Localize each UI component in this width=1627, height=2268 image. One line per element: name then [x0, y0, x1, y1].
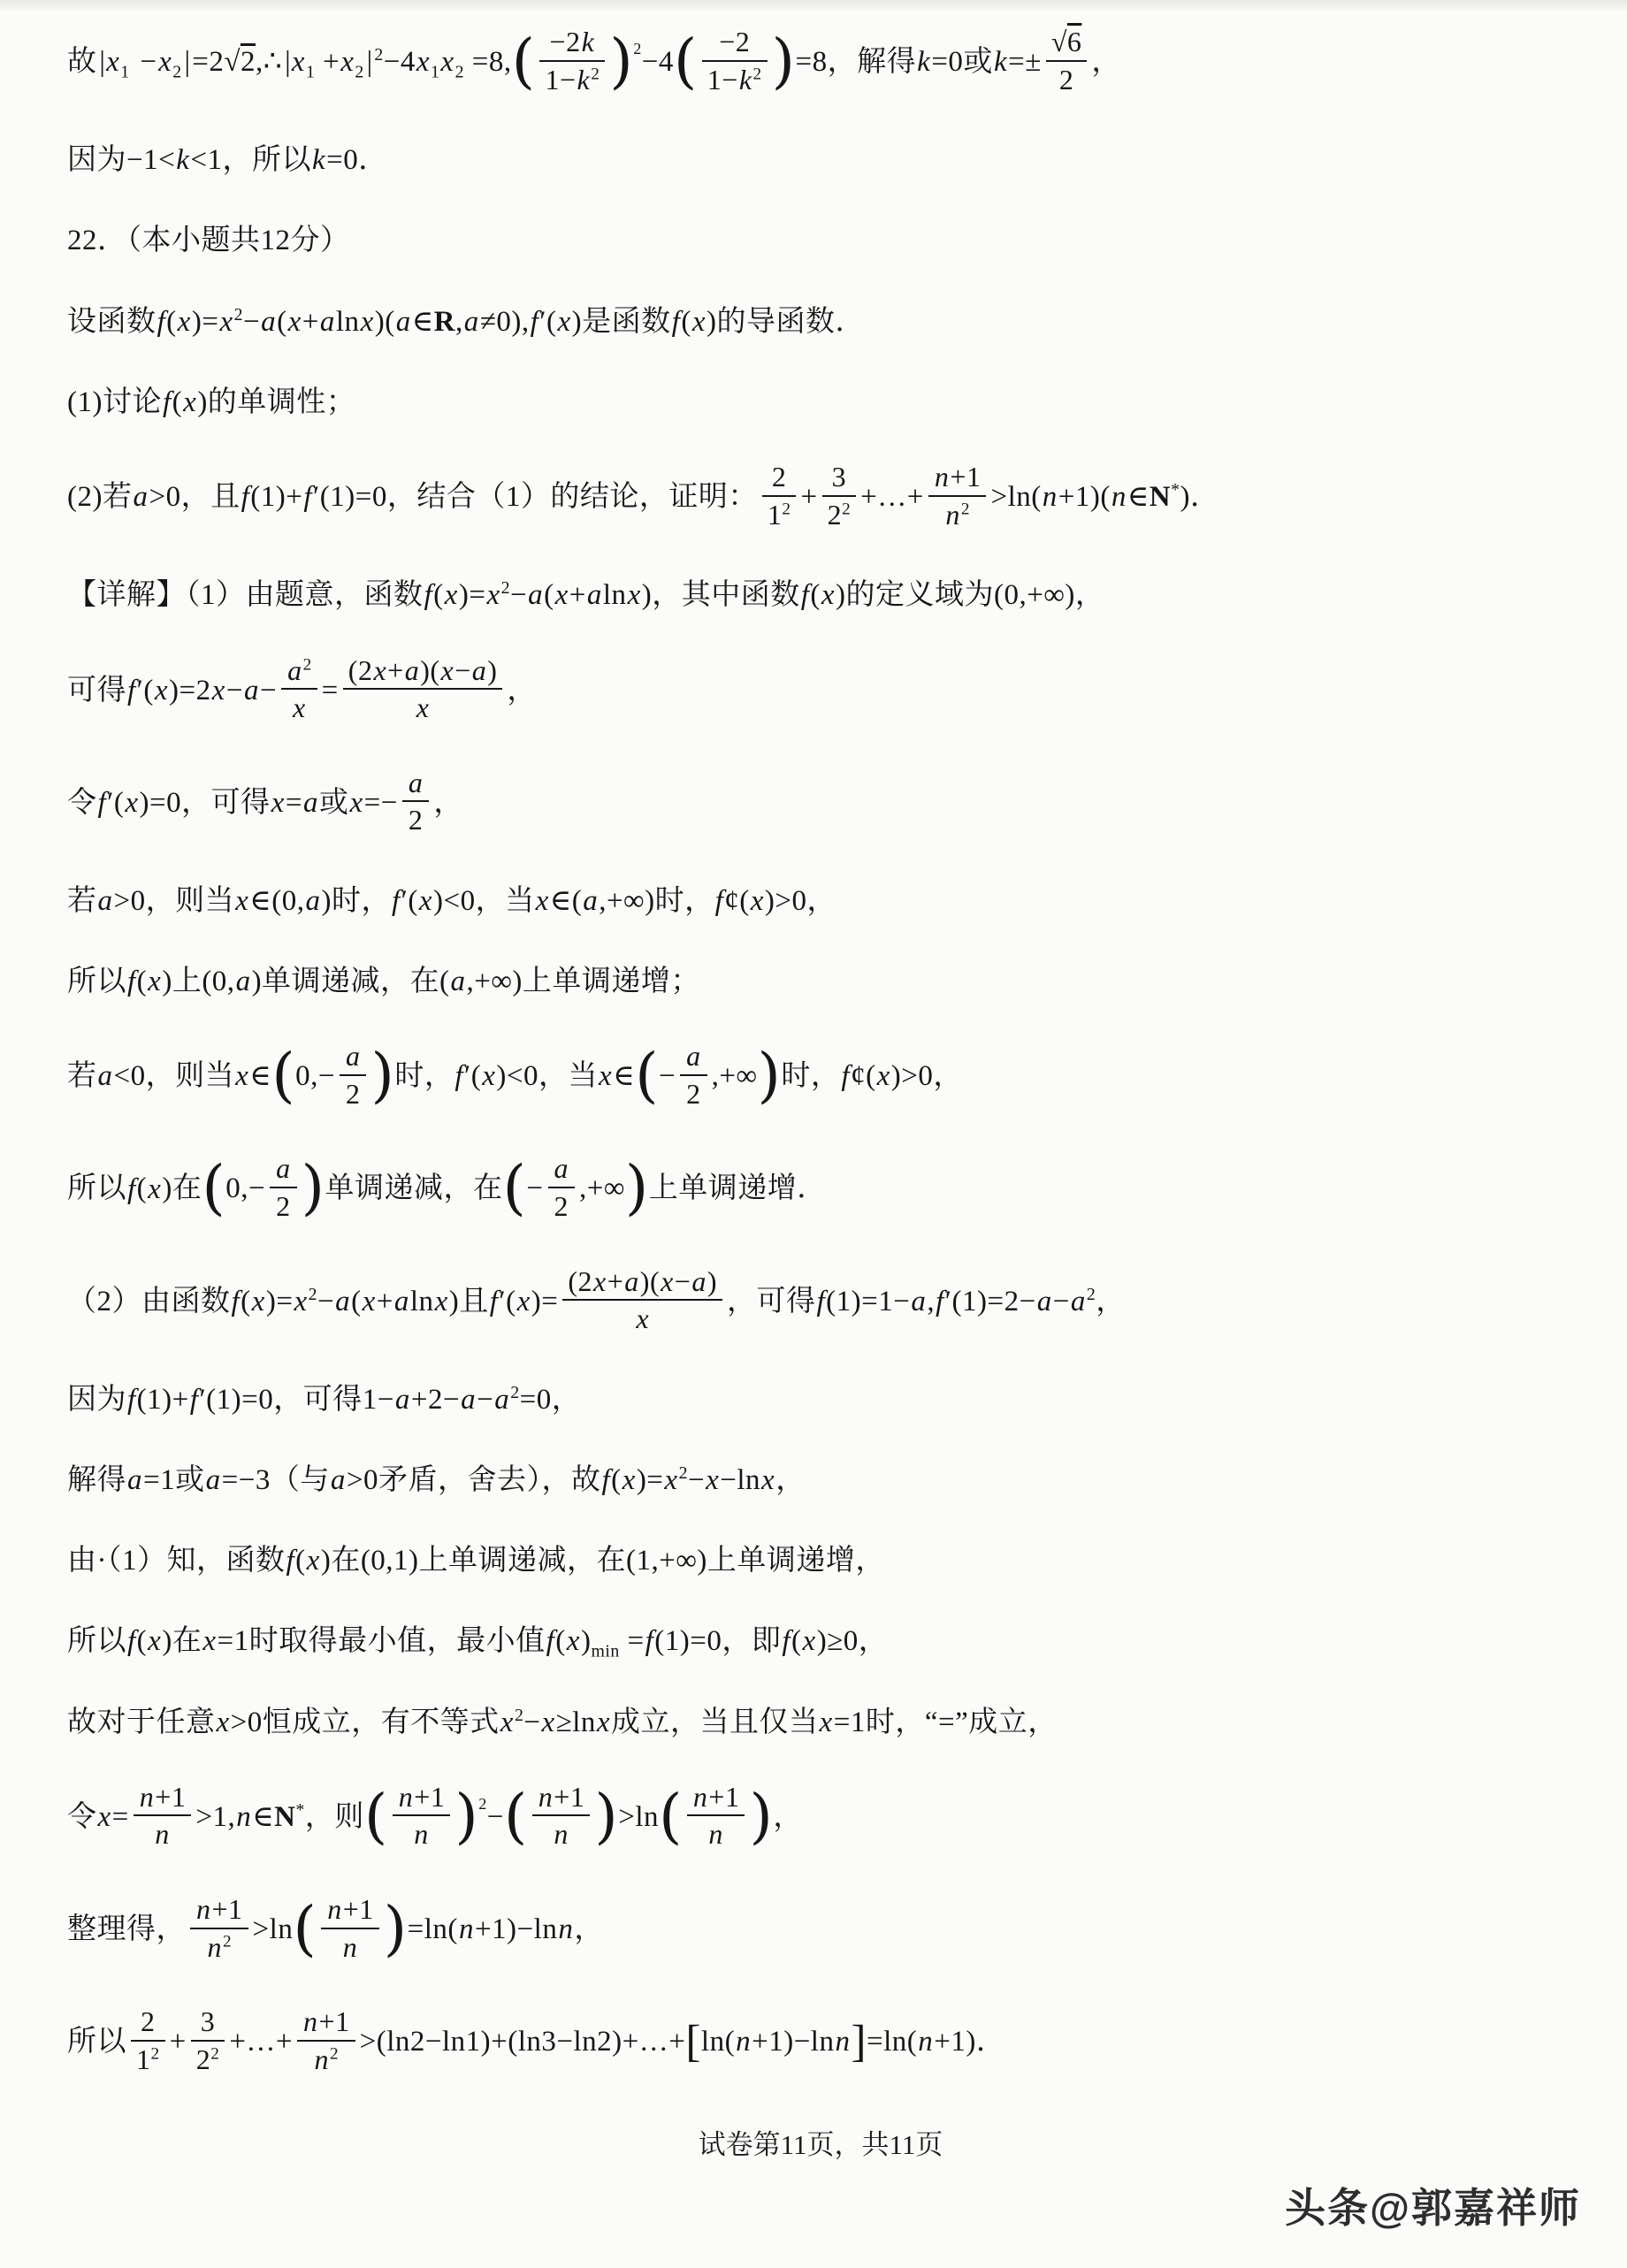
math-line: 可得f′(x)=2x−a−a2x=(2x+a)(x−a)x， [67, 659, 1574, 727]
math-line: 所以f(x)在(0,−a2)单调递减，在(−a2,+∞)上单调递增． [67, 1157, 1574, 1225]
math-line: （2）由函数f(x)=x2−a(x+alnx)且f′(x)=(2x+a)(x−a… [67, 1270, 1574, 1338]
math-line: 若a<0，则当x∈(0,−a2)时，f′(x)<0，当x∈(−a2,+∞)时，f… [67, 1044, 1574, 1112]
scan-artifact-top [0, 0, 1627, 12]
math-line: 所以f(x)上(0,a)单调递减，在(a,+∞)上单调递增； [67, 964, 1574, 1000]
math-line: 22．（本小题共12分） [67, 223, 1574, 259]
math-line: 所以212+322+…+n+1n2>(ln2−ln1)+(ln3−ln2)+…+… [67, 2010, 1574, 2078]
page-number-footer: 试卷第11页，共11页 [67, 2122, 1574, 2162]
math-line: 故对于任意x>0恒成立，有不等式x2−x≥lnx成立，当且仅当x=1时，“=”成… [67, 1705, 1574, 1741]
math-line: 解得a=1或a=−3（与a>0矛盾，舍去），故f(x)=x2−x−lnx， [67, 1462, 1574, 1499]
math-line: 所以f(x)在x=1时取得最小值，最小值f(x)min =f(1)=0，即f(x… [67, 1623, 1574, 1660]
math-line: 故|x1 −x2|=2√2,∴|x1 +x2|2−4x1x2 =8,(−2k1−… [67, 30, 1574, 98]
math-line: 因为−1<k<1，所以k=0． [67, 142, 1574, 179]
watermark-text: 头条@郭嘉祥师 [1285, 2176, 1581, 2234]
exam-solution-page: 故|x1 −x2|=2√2,∴|x1 +x2|2−4x1x2 =8,(−2k1−… [0, 0, 1627, 2268]
math-line: 若a>0，则当x∈(0,a)时，f′(x)<0，当x∈(a,+∞)时，f¢(x)… [67, 883, 1574, 920]
math-line: 设函数f(x)=x2−a(x+alnx)(a∈R,a≠0),f′(x)是函数f(… [67, 304, 1574, 340]
math-line: 令f′(x)=0，可得x=a或x=−a2， [67, 771, 1574, 839]
math-line: 令x=n+1n>1,n∈N*，则(n+1n)2−(n+1n)>ln(n+1n)， [67, 1785, 1574, 1853]
math-line: (2)若a>0，且f(1)+f′(1)=0，结合（1）的结论，证明：212+32… [67, 465, 1574, 533]
math-line: (1)讨论f(x)的单调性； [67, 385, 1574, 421]
content-lines: 故|x1 −x2|=2√2,∴|x1 +x2|2−4x1x2 =8,(−2k1−… [67, 30, 1574, 2078]
math-line: 【详解】（1）由题意，函数f(x)=x2−a(x+alnx)，其中函数f(x)的… [67, 577, 1574, 614]
math-line: 整理得，n+1n2>ln(n+1n)=ln(n+1)−lnn， [67, 1898, 1574, 1966]
math-line: 因为f(1)+f′(1)=0，可得1−a+2−a−a2=0， [67, 1382, 1574, 1418]
math-line: 由·（1）知，函数f(x)在(0,1)上单调递减，在(1,+∞)上单调递增， [67, 1543, 1574, 1579]
